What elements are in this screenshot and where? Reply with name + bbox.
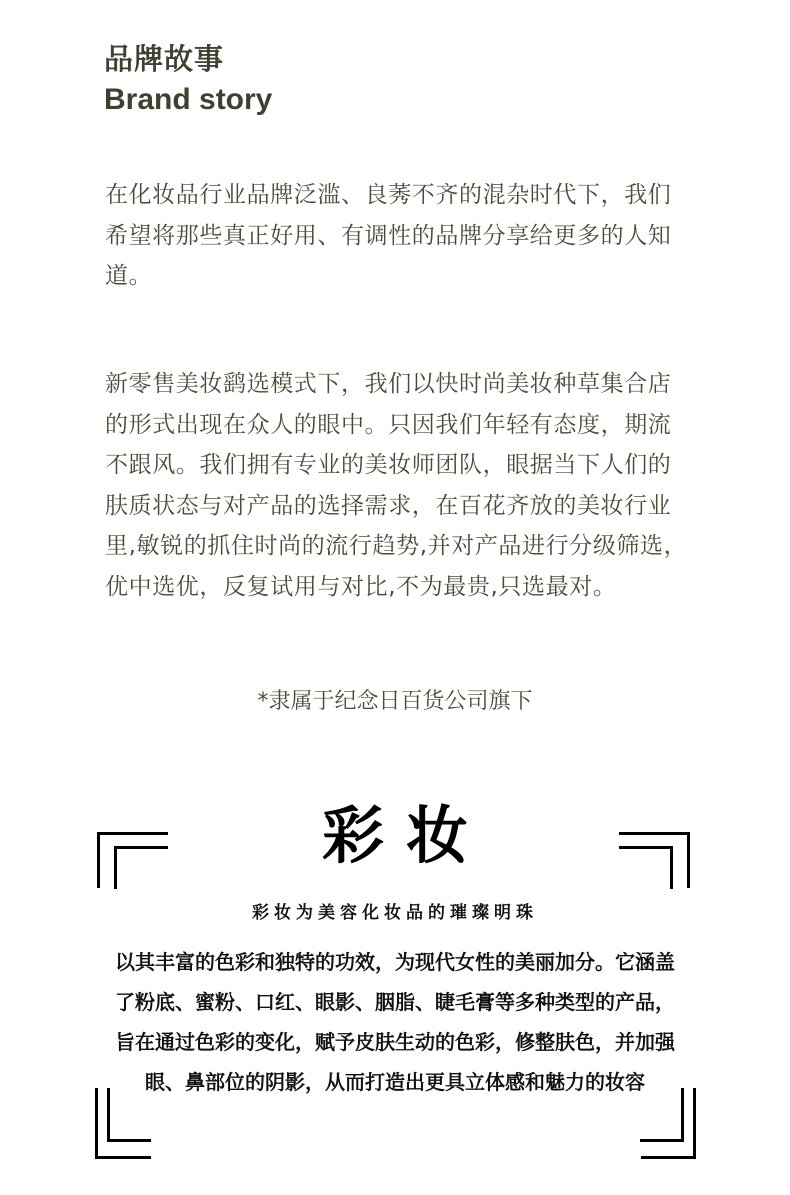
- makeup-description: 以其丰富的色彩和独特的功效，为现代女性的美丽加分。它涵盖 了粉底、蜜粉、口红、眼…: [100, 942, 690, 1102]
- frame-bottom-right-outer-h: [641, 1156, 696, 1159]
- brand-story-paragraph-2: 新零售美妆鹞选模式下，我们以快时尚美妆种草集合店的形式出现在众人的眼中。只因我们…: [105, 364, 690, 607]
- makeup-description-line-4: 眼、鼻部位的阴影，从而打造出更具立体感和魅力的妆容: [100, 1062, 690, 1102]
- brand-story-title-en: Brand story: [104, 80, 272, 120]
- affiliation-note: *隶属于纪念日百货公司旗下: [0, 686, 790, 718]
- frame-bottom-left-outer-v: [95, 1088, 98, 1159]
- makeup-description-line-3: 旨在通过色彩的变化，赋予皮肤生动的色彩，修整肤色，并加强: [100, 1022, 690, 1062]
- frame-bottom-right-inner-h: [640, 1139, 684, 1142]
- makeup-section-title: 彩妆: [0, 796, 790, 876]
- frame-bottom-right-outer-v: [693, 1088, 696, 1159]
- brand-story-title-cn: 品牌故事: [104, 40, 224, 78]
- frame-bottom-left-inner-h: [107, 1139, 151, 1142]
- brand-story-paragraph-1: 在化妆品行业品牌泛滥、良莠不齐的混杂时代下，我们希望将那些真正好用、有调性的品牌…: [105, 175, 690, 297]
- makeup-description-line-1: 以其丰富的色彩和独特的功效，为现代女性的美丽加分。它涵盖: [100, 942, 690, 982]
- makeup-description-line-2: 了粉底、蜜粉、口红、眼影、胭脂、睫毛膏等多种类型的产品，: [100, 982, 690, 1022]
- frame-bottom-left-outer-h: [95, 1156, 151, 1159]
- makeup-section-subtitle: 彩妆为美容化妆品的璀璨明珠: [0, 900, 790, 926]
